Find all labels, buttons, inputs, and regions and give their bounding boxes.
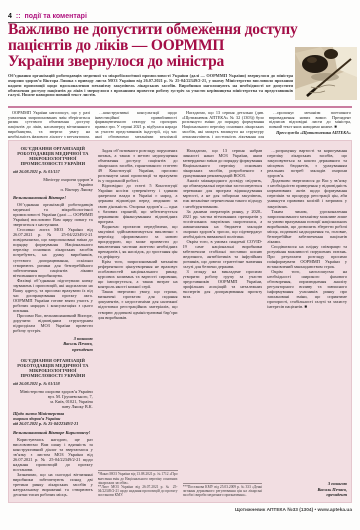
letter-2-body-col4: …розрахунку вартості та коригування пере…	[267, 148, 347, 478]
intro-column-3: Нагадаємо, що 13 серпня детально (див. «…	[182, 111, 264, 138]
intro-column-2: …конструктивні консультації щодо інвести…	[95, 111, 177, 138]
headline-line-1: Важливо не допустити обмеження доступу	[8, 22, 358, 38]
headline-line-3: України звернулося до міністра	[8, 54, 294, 70]
footnotes-col2: *Наказ МОЗ України від 13.08.2021 р. № 1…	[98, 470, 178, 497]
section-marker-icon: ::	[16, 13, 21, 20]
letter-column-1: ОБ’ЄДНАННЯ ОРГАНІЗАЦІЙ РОБОТОДАВЦІВ МЕДИ…	[13, 146, 93, 497]
letter-2-body-col3: Нагадаємо, що 13 серпня набрав чинності …	[183, 148, 263, 481]
page-number: 4	[8, 13, 12, 20]
letter-column-3: Нагадаємо, що 13 серпня набрав чинності …	[183, 146, 263, 497]
letters-box: ОБ’ЄДНАННЯ ОРГАНІЗАЦІЙ РОБОТОДАВЦІВ МЕДИ…	[8, 140, 352, 503]
letter-1-body: Об’єднання організацій роботодавців меди…	[13, 202, 93, 333]
section-label: події та коментарі	[24, 13, 86, 20]
letter-1-addressee: Міністру охорони здоров’яУкраїнип. Вікто…	[13, 177, 93, 192]
footnotes-col3: ***Постанова КМУ від 25.03.2009 р. № 333…	[183, 483, 263, 497]
letter-column-2: Задля об’єктивного розгляду порушених пи…	[98, 146, 178, 497]
intro-column-4-text: …пропонує механізм поетапного впроваджен…	[269, 111, 351, 130]
divider-rule	[8, 106, 352, 108]
letter-2-signature: З повагоюВасиль Печаєв,президент	[267, 481, 347, 497]
letter-2-salutation: Вельмишановний Вікторе Кириловичу!	[13, 430, 93, 435]
letterhead-1: ОБ’ЄДНАННЯ ОРГАНІЗАЦІЙ РОБОТОДАВЦІВ МЕДИ…	[13, 146, 93, 166]
letter-2-subject: Щодо листа Міністерстваохорони здоров’я …	[13, 412, 93, 427]
letter-2-ref: від 26.08.2021 р. № 01/158	[13, 381, 93, 386]
page-footer: Щотижневик АПТЕКА №33 (1304) • www.aptek…	[235, 508, 352, 513]
intro-column-4: …пропонує механізм поетапного впроваджен…	[269, 111, 351, 138]
press-service-credit: Пресслужба «Щотижневика АПТЕКА»	[269, 131, 351, 136]
inkwell-pen-photo	[295, 47, 357, 100]
letter-2-body-col2: Задля об’єктивного розгляду порушених пи…	[98, 148, 178, 468]
intro-section: ООРММП України наголошує, що у разі ухва…	[8, 111, 352, 138]
newspaper-page: 4 :: події та коментарі Важливо не допус…	[0, 0, 360, 530]
letterhead-2: ОБ’ЄДНАННЯ ОРГАНІЗАЦІЙ РОБОТОДАВЦІВ МЕДИ…	[13, 358, 93, 378]
headline-line-2: пацієнтів до ліків — ООРММП	[8, 38, 294, 54]
letter-1-signature: З повагоюВасиль Печаєв,президент	[13, 336, 93, 352]
letter-2-body-col1: Користуючись нагодою, ще раз висловлюємо…	[13, 437, 93, 498]
letter-1-salutation: Вельмишановний Вікторе!	[13, 195, 93, 200]
lead-paragraph: Об’єднання організацій роботодавців меди…	[8, 74, 293, 98]
intro-column-1: ООРММП України наголошує, що у разі ухва…	[8, 111, 90, 138]
inkwell-pen-illustration	[295, 47, 357, 100]
letter-column-4: …розрахунку вартості та коригування пере…	[267, 146, 347, 497]
letter-1-ref: від 26.08.2021 р. № 01/157	[13, 169, 93, 174]
letter-2-addressee: Міністерство охорони здоров’я Українивул…	[13, 389, 93, 409]
